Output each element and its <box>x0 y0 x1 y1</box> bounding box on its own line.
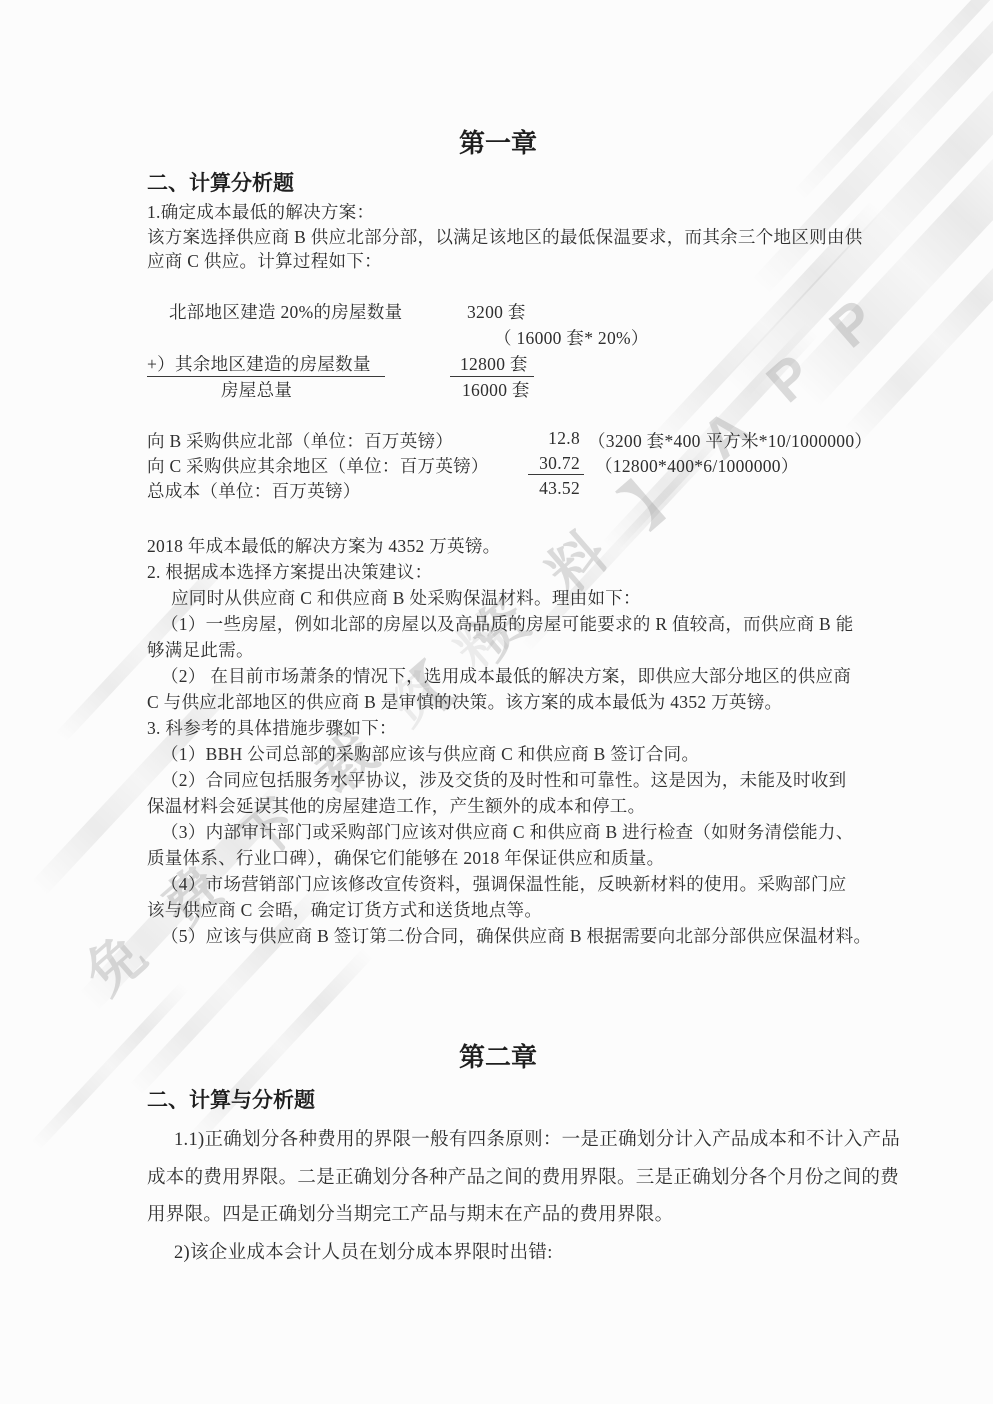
body-line: （4）市场营销部门应该修改宣传资料，强调保温性能，反映新材料的使用。采购部门应 <box>147 874 863 894</box>
body-line: 2)该企业成本会计人员在划分成本界限时出错: <box>147 1243 876 1263</box>
body-line: （2） 在目前市场萧条的情况下，选用成本最低的解决方案，即供应大部分地区的供应商 <box>147 666 863 686</box>
table-row: +）其余地区建造的房屋数量 12800 套 <box>147 351 849 373</box>
body-line: （2）合同应包括服务水平协议，涉及交货的及时性和可靠性。这是因为，未能及时收到 <box>147 770 863 790</box>
body-line: 成本的费用界限。二是正确划分各种产品之间的费用界限。三是正确划分各个月份之间的费 <box>147 1168 849 1188</box>
calc-row-label: +）其余地区建造的房屋数量 <box>147 351 385 377</box>
table-row: （ 16000 套* 20%） <box>147 325 849 347</box>
body-line: （3）内部审计部门或采购部门应该对供应商 C 和供应商 B 进行检查（如财务清偿… <box>147 822 863 842</box>
body-line: 1.确定成本最低的解决方案： <box>147 202 849 222</box>
body-line: 该与供应商 C 会晤，确定订货方式和送货地点等。 <box>147 900 849 920</box>
body-line: C 与供应北部地区的供应商 B 是审慎的决策。该方案的成本最低为 4352 万英… <box>147 692 849 712</box>
body-line: 够满足此需。 <box>147 640 849 660</box>
cost-row-value: 30.72 <box>528 453 584 475</box>
cost-row-formula: （3200 套*400 平方米*10/1000000） <box>588 428 872 453</box>
body-line: 3. 科参考的具体措施步骤如下： <box>147 718 849 738</box>
background-streak <box>843 238 993 443</box>
calc-row-value: 3200 套 <box>467 299 526 324</box>
body-line: 应商 C 供应。计算过程如下： <box>147 251 849 271</box>
body-line: 1.1)正确划分各种费用的界限一般有四条原则：一是正确划分计入产品成本和不计入产… <box>147 1130 876 1150</box>
cost-row-label: 向 C 采购供应其余地区（单位：百万英镑） <box>147 453 489 478</box>
page-content: 第一章 二、计算分析题 1.确定成本最低的解决方案： 该方案选择供应商 B 供应… <box>147 0 849 1404</box>
table-row: 向 B 采购供应北部（单位：百万英镑） 12.8 （3200 套*400 平方米… <box>147 428 849 450</box>
body-line: 2018 年成本最低的解决方案为 4352 万英镑。 <box>147 536 849 556</box>
body-line: 应同时从供应商 C 和供应商 B 处采购保温材料。理由如下： <box>147 588 873 608</box>
table-row: 房屋总量 16000 套 <box>147 377 849 399</box>
calc-row-value: 16000 套 <box>462 377 530 402</box>
table-row: 北部地区建造 20%的房屋数量 3200 套 <box>147 299 849 321</box>
calc-row-note: （ 16000 套* 20%） <box>494 325 649 350</box>
chapter2-title: 第二章 <box>147 1042 849 1072</box>
cost-row-label: 总成本（单位：百万英镑） <box>147 478 361 503</box>
document-page: 免费下载【资料】APP 资料 第一章 二、计算分析题 1.确定成本最低的解决方案… <box>0 0 993 1404</box>
body-line: 用界限。四是正确划分当期完工产品与期末在产品的费用界限。 <box>147 1205 849 1225</box>
calc-row-value: 12800 套 <box>450 351 534 377</box>
body-line: （5）应该与供应商 B 签订第二份合同，确保供应商 B 根据需要向北部分部供应保… <box>147 926 863 946</box>
body-line: （1）BBH 公司总部的采购部应该与供应商 C 和供应商 B 签订合同。 <box>147 744 863 764</box>
calc-row-label: 北部地区建造 20%的房屋数量 <box>169 299 402 324</box>
body-line: （1）一些房屋，例如北部的房屋以及高品质的房屋可能要求的 R 值较高，而供应商 … <box>147 614 863 634</box>
body-line: 2. 根据成本选择方案提出决策建议： <box>147 562 849 582</box>
cost-row-value: 12.8 <box>532 428 580 449</box>
cost-row-value: 43.52 <box>532 478 580 499</box>
chapter1-title: 第一章 <box>147 128 849 158</box>
cost-row-label: 向 B 采购供应北部（单位：百万英镑） <box>147 428 453 453</box>
calc-row-label: 房屋总量 <box>221 377 292 402</box>
body-line: 保温材料会延误其他的房屋建造工作，产生额外的成本和停工。 <box>147 796 849 816</box>
cost-row-formula: （12800*400*6/1000000） <box>595 453 799 478</box>
chapter1-section-heading: 二、计算分析题 <box>147 171 294 197</box>
chapter2-section-heading: 二、计算与分析题 <box>147 1088 315 1114</box>
body-line: 该方案选择供应商 B 供应北部分部，以满足该地区的最低保温要求，而其余三个地区则… <box>147 227 849 247</box>
body-line: 质量体系、行业口碑），确保它们能够在 2018 年保证供应和质量。 <box>147 848 849 868</box>
table-row: 总成本（单位：百万英镑） 43.52 <box>147 478 849 500</box>
table-row: 向 C 采购供应其余地区（单位：百万英镑） 30.72 （12800*400*6… <box>147 453 849 475</box>
